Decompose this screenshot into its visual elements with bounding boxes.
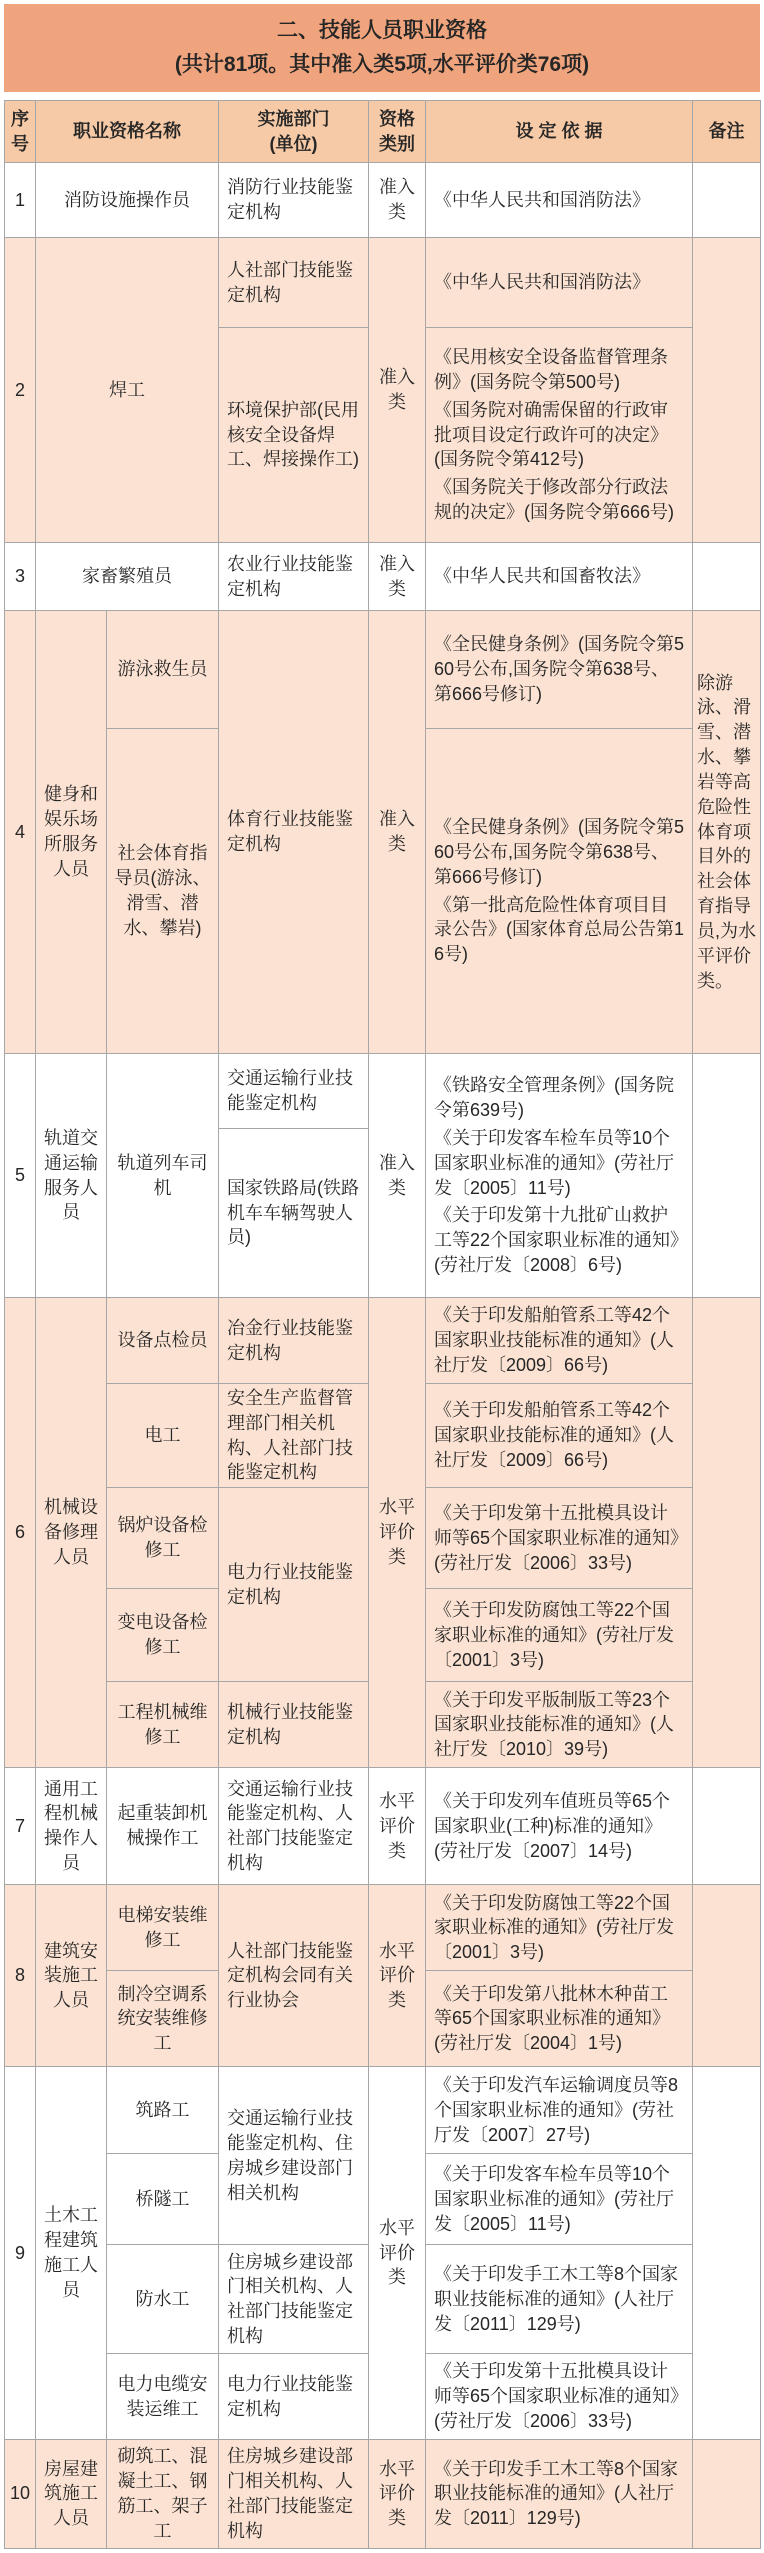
basis-entry: 《关于印发客车检车员等10个国家职业标准的通知》(劳社厅发〔2005〕11号) xyxy=(434,2162,684,2236)
basis-entry: 《国务院对确需保留的行政审批项目设定行政许可的决定》(国务院令第412号) xyxy=(434,398,684,472)
qualification-name: 电梯安装维修工 xyxy=(107,1885,219,1971)
implementing-dept: 住房城乡建设部门相关机构、人社部门技能鉴定机构 xyxy=(219,2439,369,2548)
basis-entry: 《民用核安全设备监督管理条例》(国务院令第500号) xyxy=(434,345,684,395)
qualification-table: 序号 职业资格名称 实施部门 (单位) 资格类别 设 定 依 据 备注 1 消防… xyxy=(4,100,761,2549)
basis-cell: 《全民健身条例》(国务院令第560号公布,国务院令第638号、第666号修订) xyxy=(426,611,693,729)
basis-entry: 《关于印发船舶管系工等42个国家职业技能标准的通知》(人社厅发〔2009〕66号… xyxy=(434,1303,684,1377)
basis-entry: 《关于印发第八批林木种苗工等65个国家职业标准的通知》(劳社厅发〔2004〕1号… xyxy=(434,1982,684,2056)
basis-entry: 《中华人民共和国消防法》 xyxy=(434,270,684,295)
basis-entry: 《关于印发第十九批矿山救护工等22个国家职业标准的通知》(劳社厅发〔2008〕6… xyxy=(434,1203,684,1277)
row-num: 9 xyxy=(5,2067,36,2439)
row-num: 2 xyxy=(5,238,36,543)
table-subtitle: (共计81项。其中准入类5项,水平评价类76项) xyxy=(175,48,589,82)
category: 水平评价类 xyxy=(369,2439,426,2548)
table-row: 10 房屋建筑施工人员 砌筑工、混凝土工、钢筋工、架子工 住房城乡建设部门相关机… xyxy=(5,2439,761,2548)
qualification-name: 消防设施操作员 xyxy=(36,163,219,238)
basis-cell: 《关于印发防腐蚀工等22个国家职业标准的通知》(劳社厅发〔2001〕3号) xyxy=(426,1885,693,1971)
table-title-block: 二、技能人员职业资格 (共计81项。其中准入类5项,水平评价类76项) xyxy=(4,4,760,92)
note-cell xyxy=(693,1885,761,2067)
row-num: 1 xyxy=(5,163,36,238)
qualification-name: 砌筑工、混凝土工、钢筋工、架子工 xyxy=(107,2439,219,2548)
implementing-dept: 消防行业技能鉴定机构 xyxy=(219,163,369,238)
basis-cell: 《关于印发第十五批模具设计师等65个国家职业标准的通知》(劳社厅发〔2006〕3… xyxy=(426,2354,693,2439)
implementing-dept: 体育行业技能鉴定机构 xyxy=(219,611,369,1054)
col-header-note: 备注 xyxy=(693,101,761,163)
category: 准入类 xyxy=(369,238,426,543)
row-num: 6 xyxy=(5,1298,36,1768)
implementing-dept: 人社部门技能鉴定机构会同有关行业协会 xyxy=(219,1885,369,2067)
category: 准入类 xyxy=(369,163,426,238)
implementing-dept: 交通运输行业技能鉴定机构、人社部门技能鉴定机构 xyxy=(219,1768,369,1885)
qualification-group: 建筑安装施工人员 xyxy=(36,1885,107,2067)
qualification-group: 轨道交通运输服务人员 xyxy=(36,1054,107,1298)
qualification-name: 防水工 xyxy=(107,2245,219,2354)
implementing-dept: 住房城乡建设部门相关机构、人社部门技能鉴定机构 xyxy=(219,2245,369,2354)
note-cell xyxy=(693,2439,761,2548)
row-num: 3 xyxy=(5,543,36,611)
qualification-group: 通用工程机械操作人员 xyxy=(36,1768,107,1885)
implementing-dept: 机械行业技能鉴定机构 xyxy=(219,1682,369,1768)
basis-cell: 《关于印发客车检车员等10个国家职业标准的通知》(劳社厅发〔2005〕11号) xyxy=(426,2154,693,2245)
qualification-group: 机械设备修理人员 xyxy=(36,1298,107,1768)
implementing-dept: 电力行业技能鉴定机构 xyxy=(219,2354,369,2439)
basis-cell: 《关于印发平版制版工等23个国家职业技能标准的通知》(人社厅发〔2010〕39号… xyxy=(426,1682,693,1768)
qualification-name: 轨道列车司机 xyxy=(107,1054,219,1298)
qualification-group: 土木工程建筑施工人员 xyxy=(36,2067,107,2439)
note-cell xyxy=(693,1054,761,1298)
basis-cell: 《全民健身条例》(国务院令第560号公布,国务院令第638号、第666号修订) … xyxy=(426,729,693,1054)
qualification-group: 健身和娱乐场所服务人员 xyxy=(36,611,107,1054)
implementing-dept: 国家铁路局(铁路机车车辆驾驶人员) xyxy=(219,1129,369,1298)
qualification-name: 电工 xyxy=(107,1384,219,1488)
basis-cell: 《中华人民共和国消防法》 xyxy=(426,163,693,238)
category: 准入类 xyxy=(369,543,426,611)
basis-cell: 《关于印发第八批林木种苗工等65个国家职业标准的通知》(劳社厅发〔2004〕1号… xyxy=(426,1971,693,2067)
implementing-dept: 人社部门技能鉴定机构 xyxy=(219,238,369,328)
qualification-name: 社会体育指导员(游泳、滑雪、潜水、攀岩) xyxy=(107,729,219,1054)
qualification-name: 电力电缆安装运维工 xyxy=(107,2354,219,2439)
basis-cell: 《关于印发船舶管系工等42个国家职业技能标准的通知》(人社厅发〔2009〕66号… xyxy=(426,1298,693,1384)
basis-entry: 《关于印发列车值班员等65个国家职业(工种)标准的通知》(劳社厅发〔2007〕1… xyxy=(434,1789,684,1863)
basis-entry: 《关于印发第十五批模具设计师等65个国家职业标准的通知》(劳社厅发〔2006〕3… xyxy=(434,1501,684,1575)
table-row: 5 轨道交通运输服务人员 轨道列车司机 交通运输行业技能鉴定机构 准入类 《铁路… xyxy=(5,1054,761,1129)
basis-cell: 《中华人民共和国消防法》 xyxy=(426,238,693,328)
basis-entry: 《关于印发手工木工等8个国家职业技能标准的通知》(人社厅发〔2011〕129号) xyxy=(434,2457,684,2531)
note-cell: 除游泳、滑雪、潜水、攀岩等高危险性体育项目外的社会体育指导员,为水平评价类。 xyxy=(693,611,761,1054)
note-cell xyxy=(693,2067,761,2439)
basis-cell: 《关于印发汽车运输调度员等8个国家职业标准的通知》(劳社厅发〔2007〕27号) xyxy=(426,2067,693,2154)
table-row: 4 健身和娱乐场所服务人员 游泳救生员 体育行业技能鉴定机构 准入类 《全民健身… xyxy=(5,611,761,729)
qualification-name: 起重装卸机械操作工 xyxy=(107,1768,219,1885)
category: 水平评价类 xyxy=(369,1298,426,1768)
row-num: 10 xyxy=(5,2439,36,2548)
basis-cell: 《民用核安全设备监督管理条例》(国务院令第500号) 《国务院对确需保留的行政审… xyxy=(426,328,693,543)
col-header-basis: 设 定 依 据 xyxy=(426,101,693,163)
category: 水平评价类 xyxy=(369,1768,426,1885)
implementing-dept: 环境保护部(民用核安全设备焊工、焊接操作工) xyxy=(219,328,369,543)
category: 准入类 xyxy=(369,611,426,1054)
basis-entry: 《第一批高危险性体育项目目录公告》(国家体育总局公告第16号) xyxy=(434,893,684,967)
basis-cell: 《关于印发防腐蚀工等22个国家职业标准的通知》(劳社厅发〔2001〕3号) xyxy=(426,1589,693,1682)
qualification-group: 房屋建筑施工人员 xyxy=(36,2439,107,2548)
qualification-name: 家畜繁殖员 xyxy=(36,543,219,611)
col-header-dept: 实施部门 (单位) xyxy=(219,101,369,163)
implementing-dept: 安全生产监督管理部门相关机构、人社部门技能鉴定机构 xyxy=(219,1384,369,1488)
note-cell xyxy=(693,1768,761,1885)
basis-cell: 《关于印发第十五批模具设计师等65个国家职业标准的通知》(劳社厅发〔2006〕3… xyxy=(426,1488,693,1589)
col-header-cat: 资格类别 xyxy=(369,101,426,163)
qualification-name: 筑路工 xyxy=(107,2067,219,2154)
implementing-dept: 交通运输行业技能鉴定机构 xyxy=(219,1054,369,1129)
qualification-name: 桥隧工 xyxy=(107,2154,219,2245)
table-title: 二、技能人员职业资格 xyxy=(277,14,487,48)
table-row: 8 建筑安装施工人员 电梯安装维修工 人社部门技能鉴定机构会同有关行业协会 水平… xyxy=(5,1885,761,1971)
basis-cell: 《铁路安全管理条例》(国务院令第639号) 《关于印发客车检车员等10个国家职业… xyxy=(426,1054,693,1298)
basis-entry: 《中华人民共和国消防法》 xyxy=(434,188,684,213)
category: 水平评价类 xyxy=(369,2067,426,2439)
basis-cell: 《关于印发手工木工等8个国家职业技能标准的通知》(人社厅发〔2011〕129号) xyxy=(426,2245,693,2354)
qualification-name: 焊工 xyxy=(36,238,219,543)
basis-entry: 《国务院关于修改部分行政法规的决定》(国务院令第666号) xyxy=(434,475,684,525)
note-cell xyxy=(693,163,761,238)
basis-cell: 《关于印发手工木工等8个国家职业技能标准的通知》(人社厅发〔2011〕129号) xyxy=(426,2439,693,2548)
basis-entry: 《铁路安全管理条例》(国务院令第639号) xyxy=(434,1073,684,1123)
row-num: 7 xyxy=(5,1768,36,1885)
basis-entry: 《关于印发手工木工等8个国家职业技能标准的通知》(人社厅发〔2011〕129号) xyxy=(434,2262,684,2336)
basis-entry: 《关于印发防腐蚀工等22个国家职业标准的通知》(劳社厅发〔2001〕3号) xyxy=(434,1598,684,1672)
category: 准入类 xyxy=(369,1054,426,1298)
table-row: 2 焊工 人社部门技能鉴定机构 准入类 《中华人民共和国消防法》 xyxy=(5,238,761,328)
basis-entry: 《关于印发平版制版工等23个国家职业技能标准的通知》(人社厅发〔2010〕39号… xyxy=(434,1688,684,1762)
basis-entry: 《中华人民共和国畜牧法》 xyxy=(434,564,684,589)
table-row: 3 家畜繁殖员 农业行业技能鉴定机构 准入类 《中华人民共和国畜牧法》 xyxy=(5,543,761,611)
col-header-num: 序号 xyxy=(5,101,36,163)
row-num: 4 xyxy=(5,611,36,1054)
basis-entry: 《关于印发船舶管系工等42个国家职业技能标准的通知》(人社厅发〔2009〕66号… xyxy=(434,1398,684,1472)
note-cell xyxy=(693,543,761,611)
qualification-name: 游泳救生员 xyxy=(107,611,219,729)
col-header-name: 职业资格名称 xyxy=(36,101,219,163)
document-page: 二、技能人员职业资格 (共计81项。其中准入类5项,水平评价类76项) 序号 职… xyxy=(0,0,764,2553)
qualification-name: 制冷空调系统安装维修工 xyxy=(107,1971,219,2067)
basis-entry: 《关于印发第十五批模具设计师等65个国家职业标准的通知》(劳社厅发〔2006〕3… xyxy=(434,2359,684,2433)
implementing-dept: 交通运输行业技能鉴定机构、住房城乡建设部门相关机构 xyxy=(219,2067,369,2245)
implementing-dept: 冶金行业技能鉴定机构 xyxy=(219,1298,369,1384)
qualification-name: 设备点检员 xyxy=(107,1298,219,1384)
qualification-name: 变电设备检修工 xyxy=(107,1589,219,1682)
basis-cell: 《关于印发船舶管系工等42个国家职业技能标准的通知》(人社厅发〔2009〕66号… xyxy=(426,1384,693,1488)
basis-cell: 《关于印发列车值班员等65个国家职业(工种)标准的通知》(劳社厅发〔2007〕1… xyxy=(426,1768,693,1885)
basis-entry: 《全民健身条例》(国务院令第560号公布,国务院令第638号、第666号修订) xyxy=(434,815,684,889)
row-num: 5 xyxy=(5,1054,36,1298)
note-cell xyxy=(693,1298,761,1768)
table-row: 6 机械设备修理人员 设备点检员 冶金行业技能鉴定机构 水平评价类 《关于印发船… xyxy=(5,1298,761,1384)
row-num: 8 xyxy=(5,1885,36,2067)
basis-entry: 《关于印发防腐蚀工等22个国家职业标准的通知》(劳社厅发〔2001〕3号) xyxy=(434,1891,684,1965)
header-row: 序号 职业资格名称 实施部门 (单位) 资格类别 设 定 依 据 备注 xyxy=(5,101,761,163)
qualification-name: 工程机械维修工 xyxy=(107,1682,219,1768)
table-row: 1 消防设施操作员 消防行业技能鉴定机构 准入类 《中华人民共和国消防法》 xyxy=(5,163,761,238)
basis-cell: 《中华人民共和国畜牧法》 xyxy=(426,543,693,611)
qualification-name: 锅炉设备检修工 xyxy=(107,1488,219,1589)
table-row: 9 土木工程建筑施工人员 筑路工 交通运输行业技能鉴定机构、住房城乡建设部门相关… xyxy=(5,2067,761,2154)
basis-entry: 《关于印发客车检车员等10个国家职业标准的通知》(劳社厅发〔2005〕11号) xyxy=(434,1126,684,1200)
note-cell xyxy=(693,238,761,543)
basis-entry: 《关于印发汽车运输调度员等8个国家职业标准的通知》(劳社厅发〔2007〕27号) xyxy=(434,2073,684,2147)
table-row: 7 通用工程机械操作人员 起重装卸机械操作工 交通运输行业技能鉴定机构、人社部门… xyxy=(5,1768,761,1885)
basis-entry: 《全民健身条例》(国务院令第560号公布,国务院令第638号、第666号修订) xyxy=(434,632,684,706)
implementing-dept: 电力行业技能鉴定机构 xyxy=(219,1488,369,1682)
category: 水平评价类 xyxy=(369,1885,426,2067)
implementing-dept: 农业行业技能鉴定机构 xyxy=(219,543,369,611)
